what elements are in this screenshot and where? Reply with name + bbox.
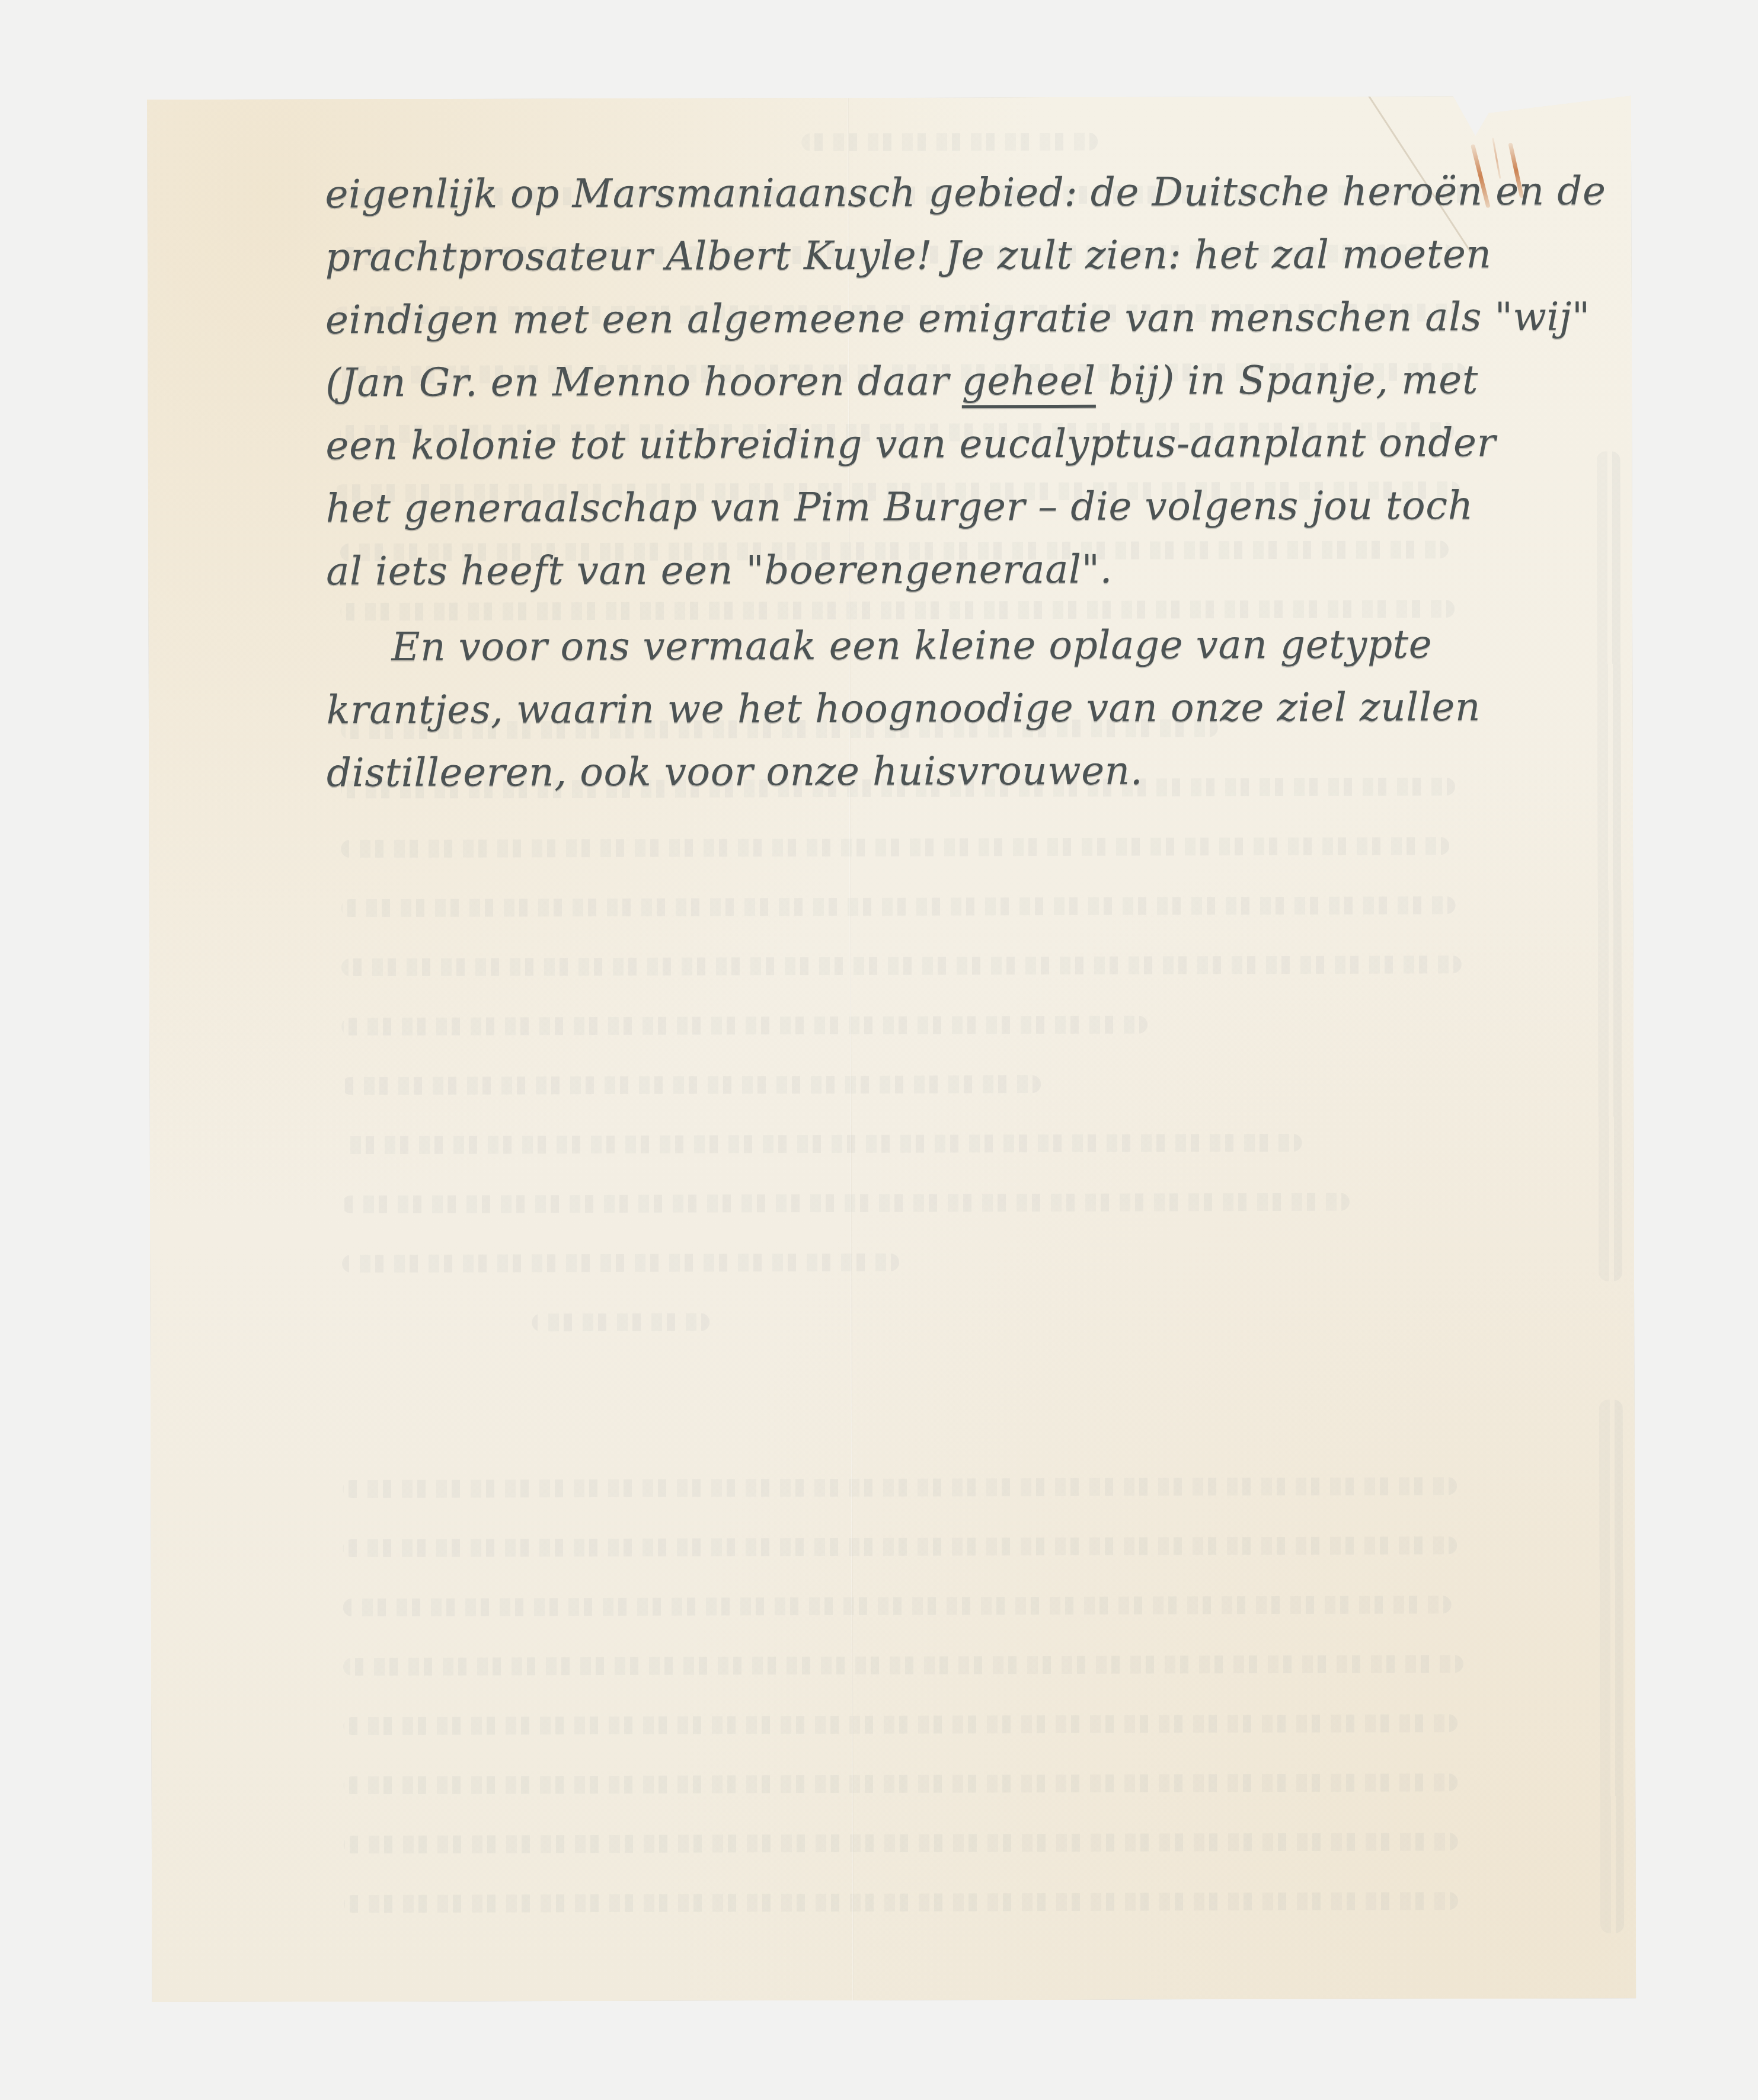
- letter-line: eigenlijk op Marsmaniaansch gebied: de D…: [325, 160, 1599, 226]
- letter-line: eindigen met een algemeene emigratie van…: [325, 286, 1600, 352]
- letter-sheet: eigenlijk op Marsmaniaansch gebied: de D…: [147, 95, 1636, 2002]
- underlined-word: geheel: [962, 358, 1096, 404]
- letter-line: En voor ons vermaak een kleine oplage va…: [326, 613, 1600, 679]
- letter-line: een kolonie tot uitbreiding van eucalypt…: [325, 411, 1600, 478]
- handwritten-letter-text: eigenlijk op Marsmaniaansch gebied: de D…: [325, 160, 1601, 805]
- letter-line: krantjes, waarin we het hoognoodige van …: [327, 676, 1601, 742]
- letter-line: (Jan Gr. en Menno hooren daar geheel bij…: [325, 349, 1600, 415]
- letter-line: prachtprosateur Albert Kuyle! Je zult zi…: [325, 223, 1600, 289]
- letter-line: het generaalschap van Pim Burger – die v…: [326, 474, 1600, 541]
- letter-line: distilleeren, ook voor onze huisvrouwen.: [327, 739, 1601, 805]
- letter-line: al iets heeft van een "boerengeneraal".: [326, 537, 1600, 603]
